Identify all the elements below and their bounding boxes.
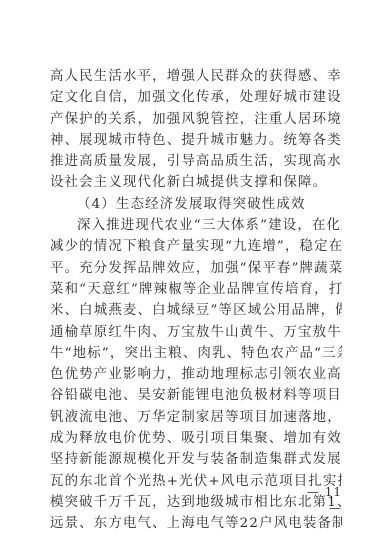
text-line: 钒液流电池、万华定制家居等项目加速落地，绿电产业示范园区 [50,407,342,428]
text-line: 高人民生活水平，增强人民群众的获得感、幸福感、安全感。坚 [50,66,342,87]
text-line: 坚持新能源规模化开发与装备制造集群式发展，总规模140万千 [50,449,342,470]
text-line: 深入推进现代农业“三大体系”建设，在化肥农药施用量逐年 [50,215,342,236]
text-line: 菜和“天意红”牌辣椒等企业品牌宣传培育，打造“白城弱碱地大 [50,279,342,300]
body-text: 高人民生活水平，增强人民群众的获得感、幸福感、安全感。坚 定文化自信，加强文化传… [50,66,342,535]
text-line: 平。充分发挥品牌效应，加强“保平春”牌蔬菜、“洮儿河红”牌酱 [50,258,342,279]
text-line: 定文化自信，加强文化传承，处理好城市建设更新和历史文化遗 [50,87,342,108]
section-heading: （4）生态经济发展取得突破性成效 [50,194,342,215]
text-line: 设社会主义现代化新白城提供支撑和保障。 [50,172,342,193]
text-line: 色优势产业影响力，推动地理标志引领农业高质量发展。吉电能 [50,364,342,385]
text-line: 谷铅碳电池、昊安新能锂电池负极材料等项目开工建设，中钒全 [50,385,342,406]
text-line: 通榆草原红牛肉、万宝敖牛山黄牛、万宝敖牛山黄牛肉”4个肉 [50,322,342,343]
text-line: 神、展现城市特色、提升城市魅力。统筹各类资源与要素配置， [50,130,342,151]
text-line: 减少的情况下粮食产量实现“九连增”，稳定在百亿斤阶段性水 [50,236,342,257]
text-line: 远景、东方电气、上海电气等22户风电装备制造企业协同发展， [50,513,342,534]
text-line: 推进高质量发展，引导高品质生活，实现高水平治理，为全面建 [50,151,342,172]
text-line: 米、白城燕麦、白城绿豆”等区域公用品牌，做优“通榆草原红牛、 [50,300,342,321]
page-number: — 11 — [298,484,342,516]
document-page: 高人民生活水平，增强人民群众的获得感、幸福感、安全感。坚 定文化自信，加强文化传… [0,0,390,551]
text-line: 牛“地标”，突出主粮、肉乳、特色农产品“三条线”，不断提升特 [50,343,342,364]
text-line: 产保护的关系，加强风貌管控，注重人居环境改善，体现城市精 [50,109,342,130]
text-line: 成为释放电价优势、吸引项目集聚、增加有效投资的重大平台。 [50,428,342,449]
